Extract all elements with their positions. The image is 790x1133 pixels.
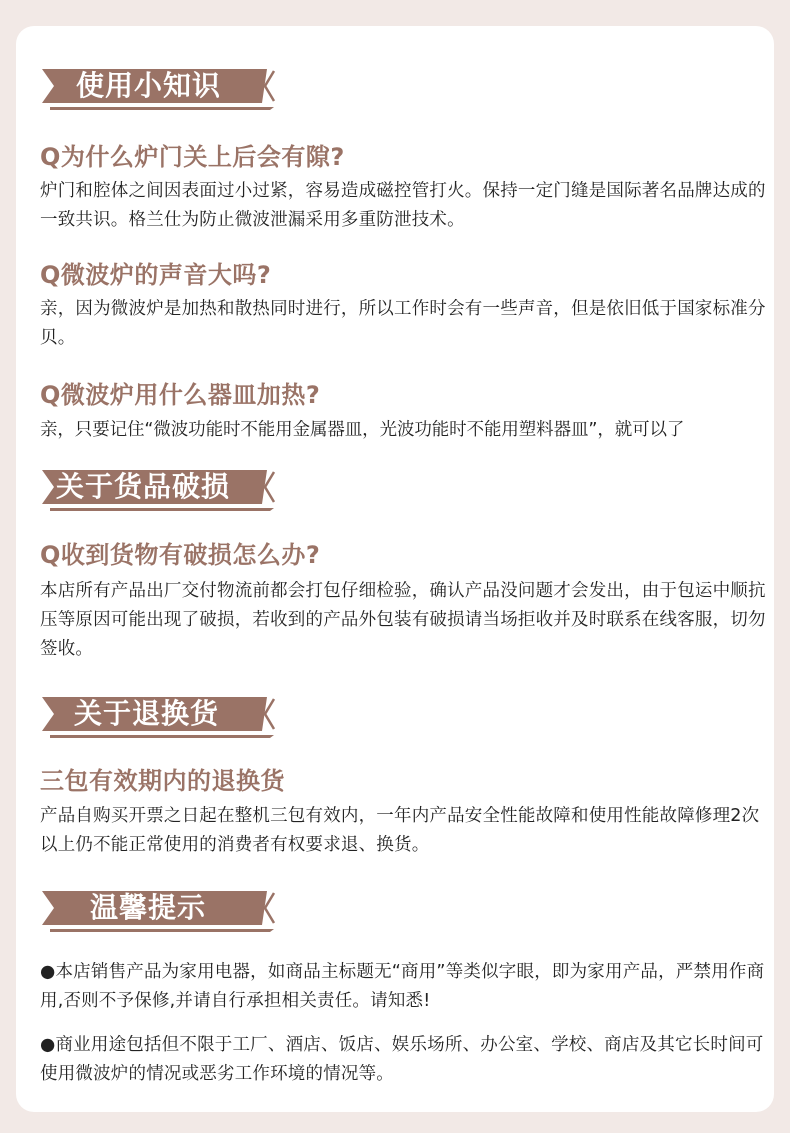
banner-title: 温馨提示 [90, 891, 206, 925]
banner-title: 关于退换货 [74, 697, 219, 731]
faq-question: Q收到货物有破损怎么办? [40, 535, 320, 570]
faq-answer: 本店所有产品出厂交付物流前都会打包仔细检验，确认产品没问题才会发出，由于包运中顺… [40, 577, 775, 664]
faq-answer: 亲，因为微波炉是加热和散热同时进行，所以工作时会有一些声音，但是依旧低于国家标准… [40, 295, 775, 353]
reminder-note: ●商业用途包括但不限于工厂、酒店、饭店、娱乐场所、办公室、学校、商店及其它长时间… [40, 1031, 775, 1089]
section-banner-kind-reminder: 温馨提示 [42, 891, 272, 927]
faq-question: 三包有效期内的退换货 [40, 761, 285, 796]
reminder-note: ●本店销售产品为家用电器，如商品主标题无“商用”等类似字眼，即为家用产品，严禁用… [40, 958, 775, 1016]
section-banner-returns: 关于退换货 [42, 697, 272, 733]
banner-title: 使用小知识 [76, 69, 221, 103]
faq-question: Q微波炉的声音大吗? [40, 255, 271, 290]
section-banner-usage-tips: 使用小知识 [42, 69, 272, 105]
faq-answer: 炉门和腔体之间因表面过小过紧，容易造成磁控管打火。保持一定门缝是国际著名品牌达成… [40, 177, 775, 235]
section-banner-damaged-goods: 关于货品破损 [42, 470, 272, 506]
faq-answer: 亲，只要记住“微波功能时不能用金属器皿，光波功能时不能用塑料器皿”，就可以了 [40, 416, 780, 445]
banner-title: 关于货品破损 [56, 470, 230, 504]
faq-question: Q为什么炉门关上后会有隙? [40, 137, 345, 172]
faq-answer: 产品自购买开票之日起在整机三包有效内，一年内产品安全性能故障和使用性能故障修理2… [40, 802, 775, 860]
faq-question: Q微波炉用什么器皿加热? [40, 375, 320, 410]
